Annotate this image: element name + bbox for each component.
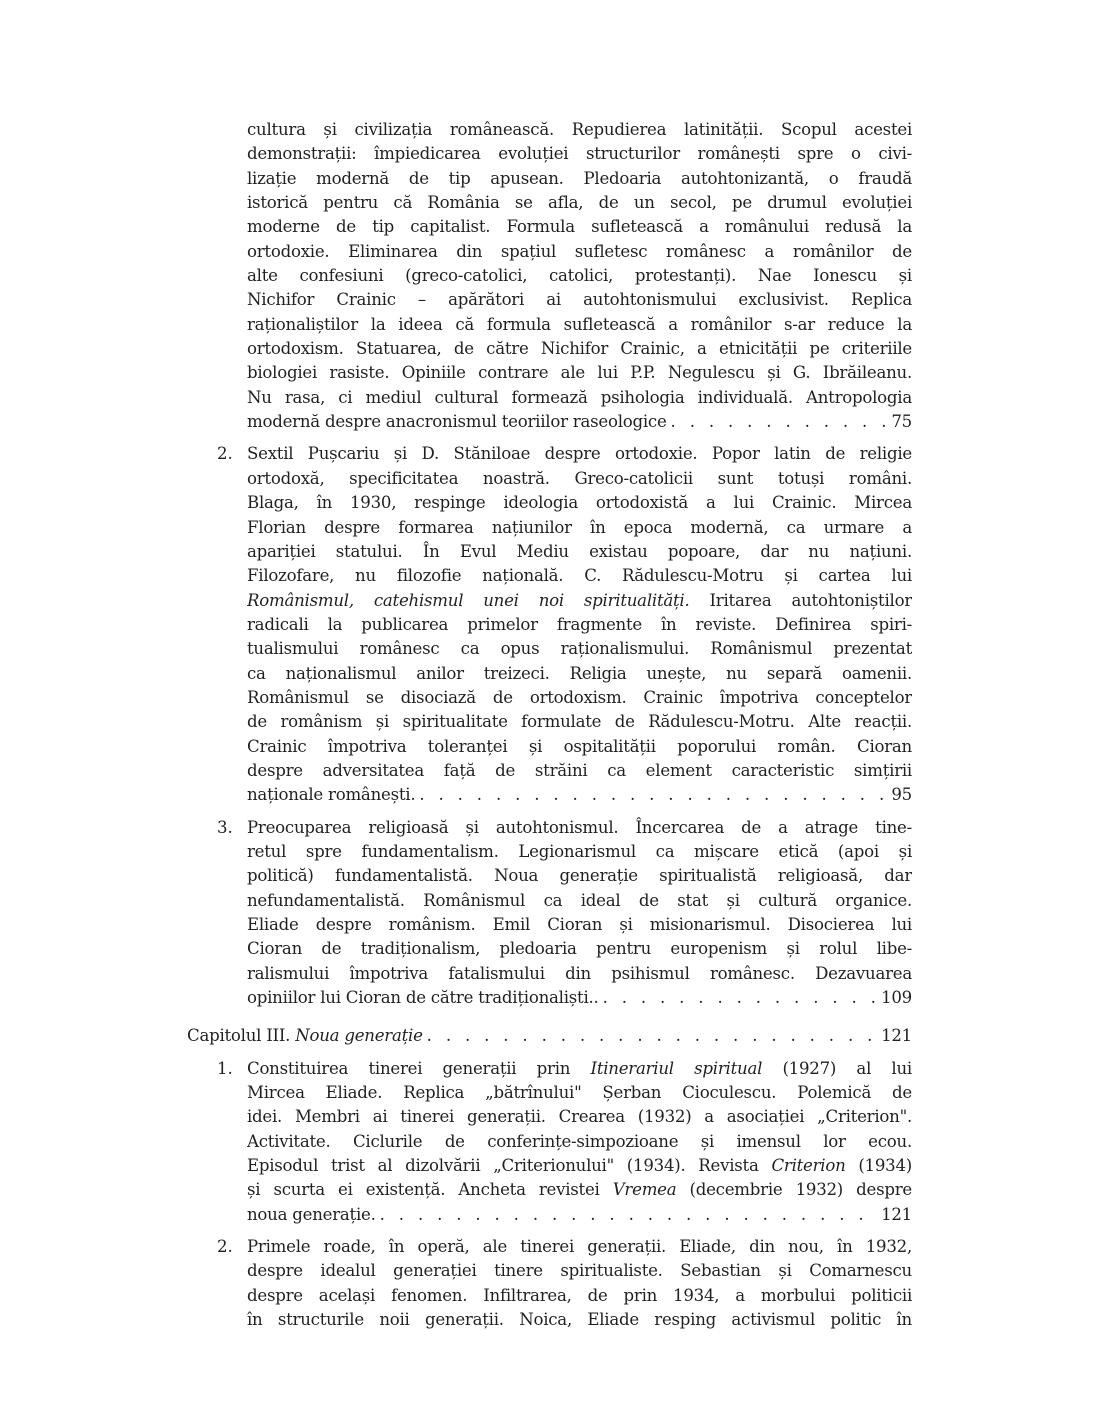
toc-line: demonstrații: împiedicarea evoluției str… <box>247 142 912 166</box>
book-title: Itinerariul spiritual <box>591 1059 763 1078</box>
toc-line: Eliade despre românism. Emil Cioran și m… <box>247 913 912 937</box>
toc-line: despre adversitatea față de străini ca e… <box>247 759 912 783</box>
toc-line: în structurile noii generații. Noica, El… <box>247 1308 912 1332</box>
toc-line: idei. Membri ai tinerei generații. Crear… <box>247 1105 912 1129</box>
toc-line: istorică pentru că România se afla, de u… <box>247 191 912 215</box>
chapter-heading[interactable]: Capitolul III. Noua generație . . . . . … <box>187 1024 912 1048</box>
book-title: Românismul, catehismul unei noi spiritua… <box>247 591 690 610</box>
toc-line: retul spre fundamentalism. Legionarismul… <box>247 840 912 864</box>
toc-line: raționaliștilor la ideea că formula sufl… <box>247 313 912 337</box>
toc-line: Nichifor Crainic – apărători ai autohton… <box>247 288 912 312</box>
toc-line: Filozofare, nu filozofie națională. C. R… <box>247 564 912 588</box>
dot-leader: . . . . . . . . . . . . . . . . . . . . … <box>380 1203 879 1227</box>
toc-line: despre idealul generației tinere spiritu… <box>247 1259 912 1283</box>
page-number[interactable]: 121 <box>881 1203 912 1227</box>
toc-leader-line: naționale românești. . . . . . . . . . .… <box>247 783 912 807</box>
toc-entry-3-2[interactable]: 2. Primele roade, în operă, ale tinerei … <box>187 1235 912 1332</box>
toc-line: moderne de tip capitalist. Formula sufle… <box>247 215 912 239</box>
entry-number: 3. <box>217 816 233 840</box>
toc-entry-continuation: cultura și civilizația românească. Repud… <box>247 118 912 434</box>
toc-line: biologiei rasiste. Opiniile contrare ale… <box>247 361 912 385</box>
toc-line-text: noua generație. <box>247 1203 376 1227</box>
toc-line: Mircea Eliade. Replica „bătrînului" Șerb… <box>247 1081 912 1105</box>
entry-number: 2. <box>217 1235 233 1259</box>
toc-line: despre același fenomen. Infiltrarea, de … <box>247 1284 912 1308</box>
toc-line-italic: Românismul, catehismul unei noi spiritua… <box>247 589 912 613</box>
toc-line: apariției statului. În Evul Mediu exista… <box>247 540 912 564</box>
toc-line: ortodoxă, specificitatea noastră. Greco-… <box>247 467 912 491</box>
toc-page: cultura și civilizația românească. Repud… <box>187 118 912 1333</box>
page-number[interactable]: 121 <box>881 1024 912 1048</box>
toc-line: Primele roade, în operă, ale tinerei gen… <box>247 1235 912 1259</box>
journal-title: Criterion <box>771 1156 845 1175</box>
toc-entry-2[interactable]: 2. Sextil Pușcariu și D. Stăniloae despr… <box>187 442 912 807</box>
toc-leader-line: modernă despre anacronismul teoriilor ra… <box>247 410 912 434</box>
dot-leader: . . . . . . . . . . . . . . . . . . . . … <box>427 1024 879 1048</box>
toc-line: Cioran de tradiționalism, pledoaria pent… <box>247 937 912 961</box>
toc-line: ortodoxie. Eliminarea din spațiul suflet… <box>247 240 912 264</box>
toc-line: Episodul trist al dizolvării „Criterionu… <box>247 1154 912 1178</box>
toc-line: nefundamentalistă. Românismul ca ideal d… <box>247 889 912 913</box>
toc-line-text: naționale românești. <box>247 783 415 807</box>
toc-line: alte confesiuni (greco-catolici, catolic… <box>247 264 912 288</box>
chapter-label: Capitolul III. <box>187 1026 290 1045</box>
page-number[interactable]: 95 <box>891 783 912 807</box>
toc-leader-line: opiniilor lui Cioran de către tradiționa… <box>247 986 912 1010</box>
page-number[interactable]: 75 <box>891 410 912 434</box>
toc-line: de românism și spiritualitate formulate … <box>247 710 912 734</box>
toc-line: Activitate. Ciclurile de conferințe-simp… <box>247 1130 912 1154</box>
toc-line: Constituirea tinerei generații prin Itin… <box>247 1057 912 1081</box>
toc-line-text: opiniilor lui Cioran de către tradiționa… <box>247 986 599 1010</box>
toc-line: Florian despre formarea națiunilor în ep… <box>247 516 912 540</box>
toc-line: lizație modernă de tip apusean. Pledoari… <box>247 167 912 191</box>
toc-entry-3-1[interactable]: 1. Constituirea tinerei generații prin I… <box>187 1057 912 1227</box>
chapter-title: Capitolul III. Noua generație <box>187 1024 423 1048</box>
dot-leader: . . . . . . . . . . . . . . . . . . . . … <box>603 986 880 1010</box>
toc-line: Românismul se disociază de ortodoxism. C… <box>247 686 912 710</box>
chapter-name: Noua generație <box>295 1026 422 1045</box>
page-number[interactable]: 109 <box>881 986 912 1010</box>
toc-line: ralismului împotriva fatalismului din ps… <box>247 962 912 986</box>
toc-line: tualismului românesc ca opus raționalism… <box>247 637 912 661</box>
toc-line-text: modernă despre anacronismul teoriilor ra… <box>247 410 667 434</box>
dot-leader: . . . . . . . . . . . . . . . . . . . . … <box>419 783 889 807</box>
journal-title: Vremea <box>613 1180 677 1199</box>
toc-line: Blaga, în 1930, respinge ideologia ortod… <box>247 491 912 515</box>
toc-line: Sextil Pușcariu și D. Stăniloae despre o… <box>247 442 912 466</box>
toc-line: politică) fundamentalistă. Noua generați… <box>247 864 912 888</box>
dot-leader: . . . . . . . . . . . . . . . . . . . . … <box>671 410 890 434</box>
toc-line: radicali la publicarea primelor fragment… <box>247 613 912 637</box>
toc-entry-3[interactable]: 3. Preocuparea religioasă și autohtonism… <box>187 816 912 1011</box>
entry-number: 2. <box>217 442 233 466</box>
toc-leader-line: noua generație. . . . . . . . . . . . . … <box>247 1203 912 1227</box>
toc-line: cultura și civilizația românească. Repud… <box>247 118 912 142</box>
toc-line: și scurta ei existență. Ancheta revistei… <box>247 1178 912 1202</box>
entry-number: 1. <box>217 1057 233 1081</box>
toc-line: Nu rasa, ci mediul cultural formează psi… <box>247 386 912 410</box>
toc-line: Preocuparea religioasă și autohtonismul.… <box>247 816 912 840</box>
toc-line: ca naționalismul anilor treizeci. Religi… <box>247 662 912 686</box>
toc-line: Crainic împotriva toleranței și ospitali… <box>247 735 912 759</box>
toc-line: ortodoxism. Statuarea, de către Nichifor… <box>247 337 912 361</box>
